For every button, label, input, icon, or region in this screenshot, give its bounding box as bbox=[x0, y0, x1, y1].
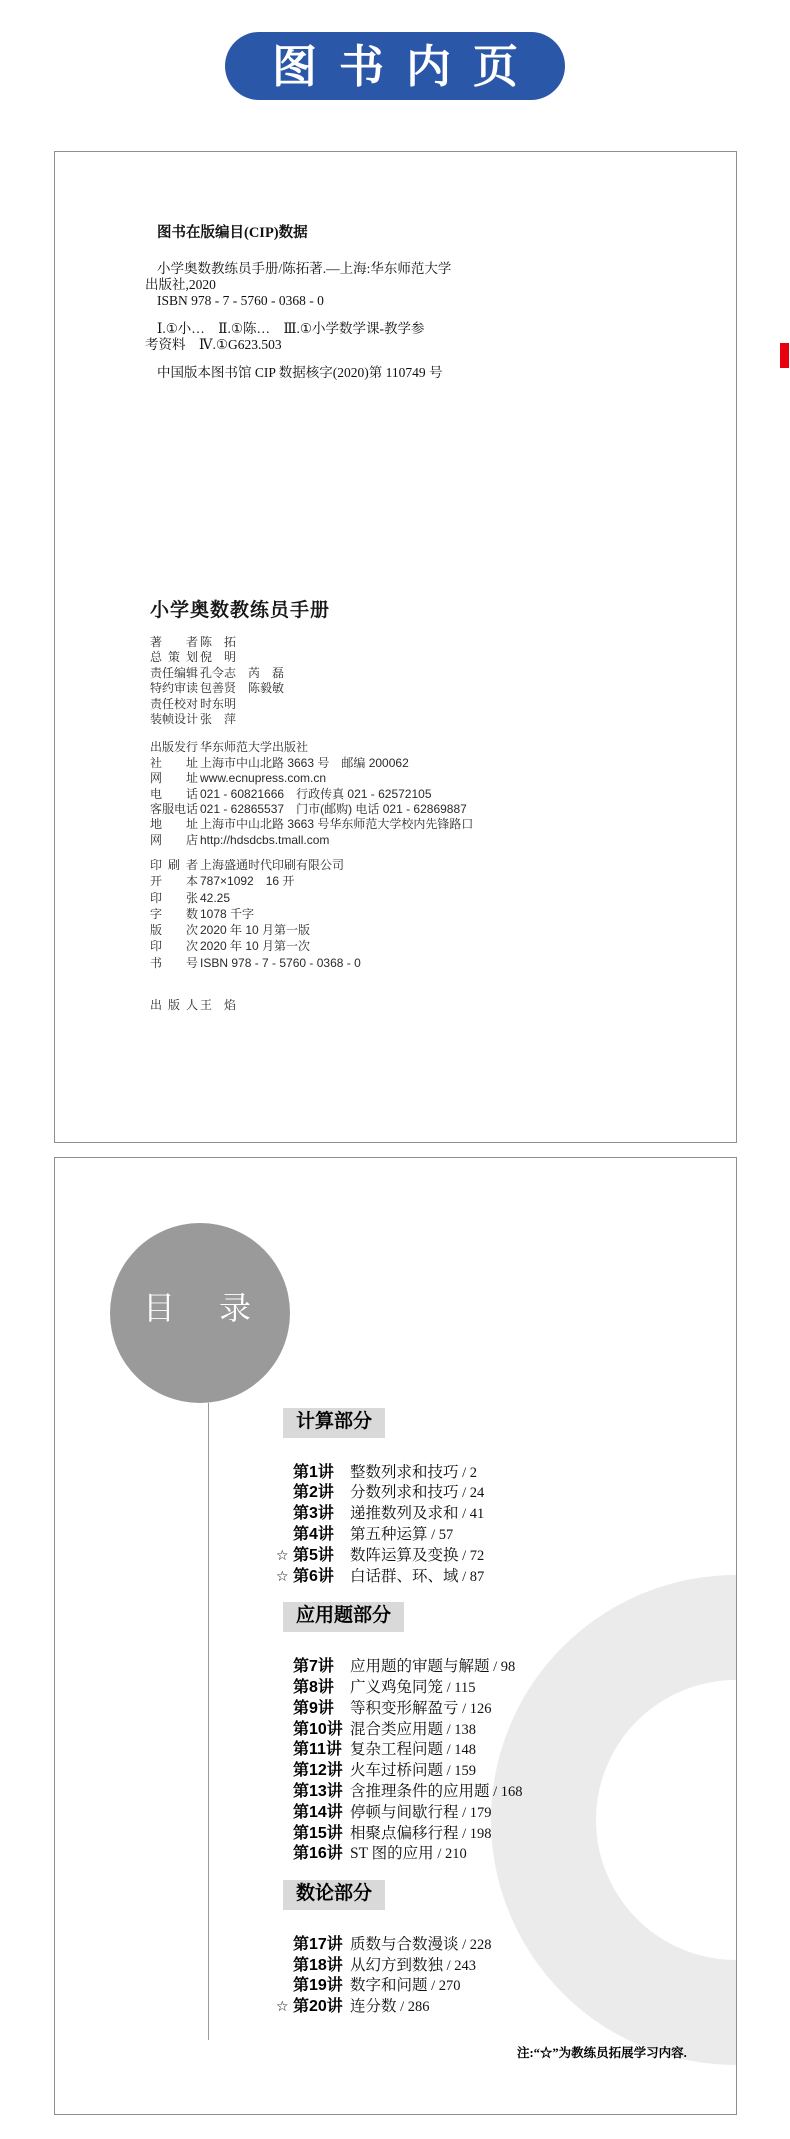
toc-item-number: 第6讲 bbox=[293, 1563, 350, 1586]
toc-item-page: 87 bbox=[470, 1569, 485, 1586]
cip-entry-line2: 出版社,2020 bbox=[145, 277, 635, 293]
cip-class-line2: 考资料 Ⅳ.①G623.503 bbox=[145, 337, 635, 353]
section-badge-label: 图书内页 bbox=[272, 44, 540, 89]
star-icon: ☆ bbox=[276, 1568, 293, 1585]
toc-item: 第7讲 应用题的审题与解题 / 98 bbox=[276, 1653, 706, 1674]
toc-item-page: 138 bbox=[454, 1722, 476, 1739]
cip-isbn-line: ISBN 978 - 7 - 5760 - 0368 - 0 bbox=[145, 293, 635, 309]
toc-vertical-rule bbox=[208, 1403, 209, 2040]
cip-entry-line1: 小学奥数教练员手册/陈拓著.—上海:华东师范大学 bbox=[145, 261, 635, 277]
toc-item-title: 等积变形解盈亏 bbox=[350, 1696, 459, 1718]
credit-label: 责任校对 bbox=[150, 697, 200, 712]
colophon-block: 小学奥数教练员手册 著 者 陈 拓 总 策 划 倪 明 责任编辑 孔令志 芮 磊… bbox=[150, 595, 670, 1013]
toc-item-number: 第5讲 bbox=[293, 1542, 350, 1565]
toc-item-title: 广义鸡兔同笼 bbox=[350, 1675, 443, 1697]
toc-item-title: 应用题的审题与解题 bbox=[350, 1654, 490, 1676]
credit-label: 总 策 划 bbox=[150, 650, 200, 665]
toc-item-title: 分数列求和技巧 bbox=[350, 1480, 459, 1502]
credit-value: 陈 拓 bbox=[200, 635, 236, 650]
red-edge-mark bbox=[780, 343, 789, 368]
credit-row: 责任校对 时东明 bbox=[150, 697, 670, 712]
publishing-row: 网 址 www.ecnupress.com.cn bbox=[150, 771, 670, 786]
printing-value: ISBN 978 - 7 - 5760 - 0368 - 0 bbox=[200, 955, 361, 971]
publishing-row: 地 址 上海市中山北路 3663 号华东师范大学校内先锋路口 bbox=[150, 817, 670, 832]
toc-item-title: 整数列求和技巧 bbox=[350, 1460, 459, 1482]
toc-item: 第16讲 ST 图的应用 / 210 bbox=[276, 1840, 706, 1861]
toc-item-page: 198 bbox=[470, 1826, 492, 1843]
toc-separator: / bbox=[459, 1506, 470, 1523]
publishing-row: 社 址 上海市中山北路 3663 号 邮编 200062 bbox=[150, 756, 670, 771]
toc-item: ☆ 第20讲 连分数 / 286 bbox=[276, 1993, 706, 2014]
book-title: 小学奥数教练员手册 bbox=[150, 595, 670, 622]
toc-item: 第9讲 等积变形解盈亏 / 126 bbox=[276, 1695, 706, 1716]
toc-item-number: 第3讲 bbox=[293, 1500, 350, 1523]
toc-item: 第2讲 分数列求和技巧 / 24 bbox=[276, 1479, 706, 1500]
publishing-value: 021 - 60821666 行政传真 021 - 62572105 bbox=[200, 787, 432, 802]
toc-item-title: 质数与合数漫谈 bbox=[350, 1932, 459, 1954]
toc-separator: / bbox=[443, 1958, 454, 1975]
printing-row: 字 数 1078 千字 bbox=[150, 906, 670, 922]
printing-row: 版 次 2020 年 10 月第一版 bbox=[150, 922, 670, 938]
toc-item: 第13讲 含推理条件的应用题 / 168 bbox=[276, 1778, 706, 1799]
credit-value: 倪 明 bbox=[200, 650, 236, 665]
printing-row: 书 号 ISBN 978 - 7 - 5760 - 0368 - 0 bbox=[150, 955, 670, 971]
toc-item: 第3讲 递推数列及求和 / 41 bbox=[276, 1500, 706, 1521]
toc-item-title: 停顿与间歇行程 bbox=[350, 1800, 459, 1822]
toc-item-number: 第17讲 bbox=[293, 1931, 350, 1954]
toc-item-title: 第五种运算 bbox=[350, 1522, 428, 1544]
toc-separator: / bbox=[490, 1784, 501, 1801]
toc-section-word-problems: 应用题部分 第7讲 应用题的审题与解题 / 98 第8讲 广义鸡兔同笼 / 11… bbox=[276, 1602, 706, 1861]
toc-item-number: 第8讲 bbox=[293, 1674, 350, 1697]
toc-item: 第15讲 相聚点偏移行程 / 198 bbox=[276, 1820, 706, 1841]
publishing-group: 出版发行 华东师范大学出版社 社 址 上海市中山北路 3663 号 邮编 200… bbox=[150, 740, 670, 848]
publishing-row: 出版发行 华东师范大学出版社 bbox=[150, 740, 670, 755]
toc-separator: / bbox=[459, 1701, 470, 1718]
publishing-label: 网 址 bbox=[150, 771, 200, 786]
toc-item-title: 递推数列及求和 bbox=[350, 1501, 459, 1523]
star-icon: ☆ bbox=[276, 1547, 293, 1564]
toc-item-page: 126 bbox=[470, 1701, 492, 1718]
toc-list: 计算部分 第1讲 整数列求和技巧 / 2 第2讲 分数列求和技巧 / 24 bbox=[276, 1408, 706, 2033]
copyright-page: 图书在版编目(CIP)数据 小学奥数教练员手册/陈拓著.—上海:华东师范大学 出… bbox=[54, 151, 737, 1143]
publishing-value: 上海市中山北路 3663 号华东师范大学校内先锋路口 bbox=[200, 817, 473, 832]
printing-label: 印 刷 者 bbox=[150, 857, 200, 873]
cip-record-line: 中国版本图书馆 CIP 数据核字(2020)第 110749 号 bbox=[145, 365, 635, 381]
toc-item-title: 混合类应用题 bbox=[350, 1717, 443, 1739]
printing-label: 字 数 bbox=[150, 906, 200, 922]
publishing-label: 地 址 bbox=[150, 817, 200, 832]
printing-label: 印 张 bbox=[150, 890, 200, 906]
toc-item-number: 第19讲 bbox=[293, 1972, 350, 1995]
toc-section-calculation: 计算部分 第1讲 整数列求和技巧 / 2 第2讲 分数列求和技巧 / 24 bbox=[276, 1408, 706, 1583]
toc-separator: / bbox=[397, 1999, 408, 2016]
printing-value: 上海盛通时代印刷有限公司 bbox=[200, 857, 344, 873]
toc-item: 第1讲 整数列求和技巧 / 2 bbox=[276, 1459, 706, 1480]
toc-item-number: 第14讲 bbox=[293, 1799, 350, 1822]
toc-item-title: 从幻方到数独 bbox=[350, 1953, 443, 1975]
printing-label: 开 本 bbox=[150, 873, 200, 889]
credit-label: 特约审读 bbox=[150, 681, 200, 696]
credit-label: 责任编辑 bbox=[150, 666, 200, 681]
printing-label: 印 次 bbox=[150, 938, 200, 954]
toc-item-number: 第11讲 bbox=[293, 1736, 350, 1759]
publisher-row: 出 版 人 王 焰 bbox=[150, 998, 670, 1013]
toc-item-page: 270 bbox=[439, 1978, 461, 1995]
credit-value: 包善贤 陈毅敏 bbox=[200, 681, 284, 696]
publishing-value: 上海市中山北路 3663 号 邮编 200062 bbox=[200, 756, 409, 771]
toc-item-page: 228 bbox=[470, 1937, 492, 1954]
toc-item-number: 第12讲 bbox=[293, 1757, 350, 1780]
credits-group: 著 者 陈 拓 总 策 划 倪 明 责任编辑 孔令志 芮 磊 特约审读 包善贤 … bbox=[150, 635, 670, 727]
toc-separator: / bbox=[443, 1742, 454, 1759]
credit-label: 装帧设计 bbox=[150, 712, 200, 727]
toc-item-title: 复杂工程问题 bbox=[350, 1737, 443, 1759]
toc-item: 第4讲 第五种运算 / 57 bbox=[276, 1521, 706, 1542]
toc-item-number: 第16讲 bbox=[293, 1840, 350, 1863]
credit-row: 特约审读 包善贤 陈毅敏 bbox=[150, 681, 670, 696]
printing-value: 42.25 bbox=[200, 890, 230, 906]
toc-item-page: 115 bbox=[454, 1680, 475, 1697]
toc-item: ☆ 第6讲 白话群、环、域 / 87 bbox=[276, 1563, 706, 1584]
toc-item-number: 第15讲 bbox=[293, 1820, 350, 1843]
toc-item-number: 第10讲 bbox=[293, 1716, 350, 1739]
cip-block: 图书在版编目(CIP)数据 小学奥数教练员手册/陈拓著.—上海:华东师范大学 出… bbox=[145, 225, 635, 381]
toc-item-page: 210 bbox=[445, 1846, 467, 1863]
toc-item-page: 148 bbox=[454, 1742, 476, 1759]
toc-separator: / bbox=[443, 1680, 454, 1697]
toc-item: ☆ 第5讲 数阵运算及变换 / 72 bbox=[276, 1542, 706, 1563]
toc-separator: / bbox=[428, 1527, 439, 1544]
toc-item-number: 第7讲 bbox=[293, 1653, 350, 1676]
credit-label: 著 者 bbox=[150, 635, 200, 650]
printing-label: 版 次 bbox=[150, 922, 200, 938]
toc-footnote: 注:“☆”为教练员拓展学习内容. bbox=[517, 2043, 687, 2061]
publishing-value: 华东师范大学出版社 bbox=[200, 740, 308, 755]
publisher-value: 王 焰 bbox=[200, 998, 236, 1013]
toc-item-title: 含推理条件的应用题 bbox=[350, 1779, 490, 1801]
toc-item-title: ST 图的应用 bbox=[350, 1841, 434, 1863]
publishing-label: 网 店 bbox=[150, 833, 200, 848]
toc-item-page: 243 bbox=[454, 1958, 476, 1975]
credit-value: 张 萍 bbox=[200, 712, 236, 727]
toc-item: 第11讲 复杂工程问题 / 148 bbox=[276, 1736, 706, 1757]
toc-item-number: 第20讲 bbox=[293, 1993, 350, 2016]
publishing-label: 出版发行 bbox=[150, 740, 200, 755]
printing-value: 2020 年 10 月第一版 bbox=[200, 922, 310, 938]
printing-row: 印 张 42.25 bbox=[150, 890, 670, 906]
toc-separator: / bbox=[459, 1465, 470, 1482]
toc-item-page: 179 bbox=[470, 1805, 492, 1822]
printing-group: 印 刷 者 上海盛通时代印刷有限公司 开 本 787×1092 16 开 印 张… bbox=[150, 857, 670, 970]
toc-item-title: 连分数 bbox=[350, 1994, 397, 2016]
toc-item-page: 72 bbox=[470, 1548, 485, 1565]
publishing-label: 社 址 bbox=[150, 756, 200, 771]
toc-item-page: 57 bbox=[439, 1527, 454, 1544]
toc-item-number: 第4讲 bbox=[293, 1521, 350, 1544]
credit-value: 孔令志 芮 磊 bbox=[200, 666, 284, 681]
toc-separator: / bbox=[459, 1826, 470, 1843]
toc-section-number-theory: 数论部分 第17讲 质数与合数漫谈 / 228 第18讲 从幻方到数独 / 24… bbox=[276, 1880, 706, 2014]
toc-separator: / bbox=[443, 1722, 454, 1739]
toc-item-title: 数阵运算及变换 bbox=[350, 1543, 459, 1565]
toc-item-title: 数字和问题 bbox=[350, 1973, 428, 1995]
toc-separator: / bbox=[459, 1805, 470, 1822]
printing-row: 印 刷 者 上海盛通时代印刷有限公司 bbox=[150, 857, 670, 873]
toc-item: 第14讲 停顿与间歇行程 / 179 bbox=[276, 1799, 706, 1820]
publishing-value: 021 - 62865537 门市(邮购) 电话 021 - 62869887 bbox=[200, 802, 467, 817]
cip-gap bbox=[145, 353, 635, 365]
toc-separator: / bbox=[490, 1659, 501, 1676]
toc-item-number: 第2讲 bbox=[293, 1479, 350, 1502]
toc-separator: / bbox=[434, 1846, 445, 1863]
toc-item-number: 第9讲 bbox=[293, 1695, 350, 1718]
publishing-value: http://hdsdcbs.tmall.com bbox=[200, 833, 329, 848]
toc-separator: / bbox=[443, 1763, 454, 1780]
toc-page: 目 录 计算部分 第1讲 整数列求和技巧 / 2 第2讲 分数列求和技巧 / bbox=[54, 1157, 737, 2115]
book-preview-image: 图书内页 图书在版编目(CIP)数据 小学奥数教练员手册/陈拓著.—上海:华东师… bbox=[0, 0, 790, 2139]
printing-row: 印 次 2020 年 10 月第一次 bbox=[150, 938, 670, 954]
toc-title-circle: 目 录 bbox=[110, 1223, 290, 1403]
toc-item: 第19讲 数字和问题 / 270 bbox=[276, 1972, 706, 1993]
toc-item: 第10讲 混合类应用题 / 138 bbox=[276, 1716, 706, 1737]
toc-section-header: 数论部分 bbox=[283, 1880, 385, 1910]
toc-item: 第8讲 广义鸡兔同笼 / 115 bbox=[276, 1674, 706, 1695]
toc-item-number: 第13讲 bbox=[293, 1778, 350, 1801]
cip-class-line1: Ⅰ.①小… Ⅱ.①陈… Ⅲ.①小学数学课-教学参 bbox=[145, 321, 635, 337]
star-icon: ☆ bbox=[276, 1998, 293, 2015]
toc-item-page: 2 bbox=[470, 1465, 477, 1482]
credit-row: 装帧设计 张 萍 bbox=[150, 712, 670, 727]
toc-item-page: 24 bbox=[470, 1485, 485, 1502]
toc-item: 第17讲 质数与合数漫谈 / 228 bbox=[276, 1931, 706, 1952]
cip-gap bbox=[145, 309, 635, 321]
credit-value: 时东明 bbox=[200, 697, 236, 712]
cip-header: 图书在版编目(CIP)数据 bbox=[145, 225, 635, 241]
toc-section-header: 计算部分 bbox=[283, 1408, 385, 1438]
toc-item-title: 火车过桥问题 bbox=[350, 1758, 443, 1780]
toc-item-title: 白话群、环、域 bbox=[350, 1564, 459, 1586]
toc-item-page: 159 bbox=[454, 1763, 476, 1780]
publishing-value: www.ecnupress.com.cn bbox=[200, 771, 326, 786]
toc-item: 第18讲 从幻方到数独 / 243 bbox=[276, 1952, 706, 1973]
toc-title: 目 录 bbox=[143, 1283, 257, 1329]
publishing-row: 电 话 021 - 60821666 行政传真 021 - 62572105 bbox=[150, 787, 670, 802]
printing-value: 2020 年 10 月第一次 bbox=[200, 938, 310, 954]
credit-row: 著 者 陈 拓 bbox=[150, 635, 670, 650]
toc-separator: / bbox=[459, 1485, 470, 1502]
printing-value: 1078 千字 bbox=[200, 906, 254, 922]
toc-item-page: 286 bbox=[408, 1999, 430, 2016]
credit-row: 责任编辑 孔令志 芮 磊 bbox=[150, 666, 670, 681]
toc-item-page: 168 bbox=[501, 1784, 523, 1801]
toc-separator: / bbox=[459, 1937, 470, 1954]
toc-separator: / bbox=[428, 1978, 439, 1995]
credit-row: 总 策 划 倪 明 bbox=[150, 650, 670, 665]
toc-item-page: 98 bbox=[501, 1659, 516, 1676]
publishing-row: 网 店 http://hdsdcbs.tmall.com bbox=[150, 833, 670, 848]
toc-item-number: 第1讲 bbox=[293, 1459, 350, 1482]
printing-value: 787×1092 16 开 bbox=[200, 873, 294, 889]
printing-row: 开 本 787×1092 16 开 bbox=[150, 873, 670, 889]
toc-item: 第12讲 火车过桥问题 / 159 bbox=[276, 1757, 706, 1778]
publishing-label: 客服电话 bbox=[150, 802, 200, 817]
printing-label: 书 号 bbox=[150, 955, 200, 971]
toc-section-header: 应用题部分 bbox=[283, 1602, 404, 1632]
toc-item-number: 第18讲 bbox=[293, 1952, 350, 1975]
publishing-label: 电 话 bbox=[150, 787, 200, 802]
toc-item-title: 相聚点偏移行程 bbox=[350, 1821, 459, 1843]
toc-separator: / bbox=[459, 1569, 470, 1586]
publisher-label: 出 版 人 bbox=[150, 998, 200, 1013]
toc-separator: / bbox=[459, 1548, 470, 1565]
publishing-row: 客服电话 021 - 62865537 门市(邮购) 电话 021 - 6286… bbox=[150, 802, 670, 817]
toc-item-page: 41 bbox=[470, 1506, 485, 1523]
section-badge: 图书内页 bbox=[225, 32, 565, 100]
